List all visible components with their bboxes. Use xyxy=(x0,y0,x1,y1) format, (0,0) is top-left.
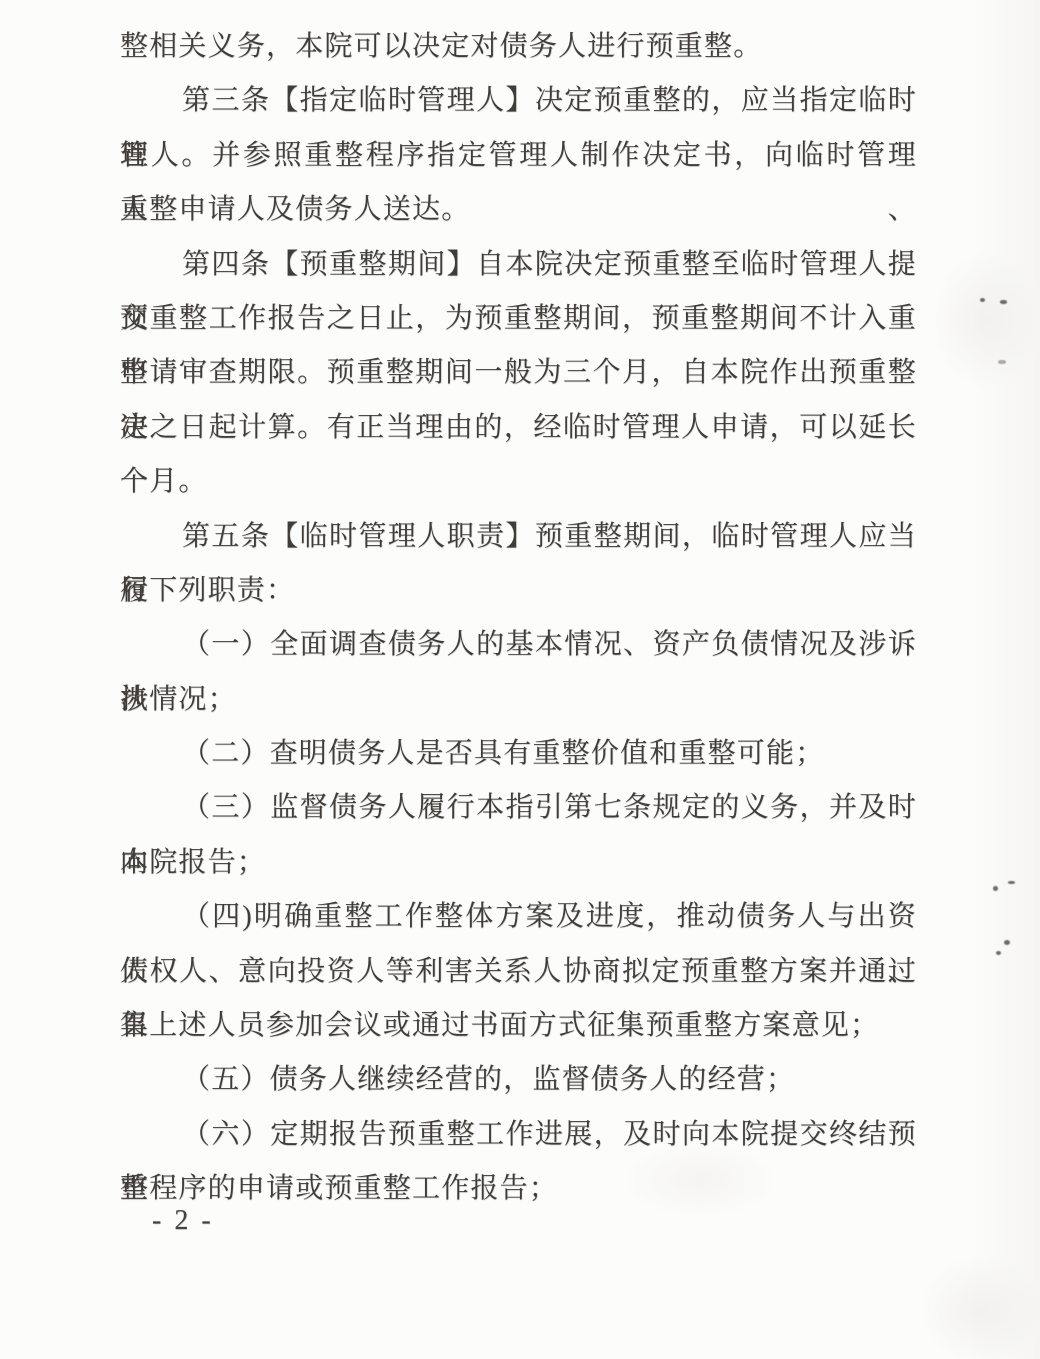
text-line: 本院报告； xyxy=(120,836,917,890)
ink-speck xyxy=(998,360,1006,364)
text-line: （五）债务人继续经营的，监督债务人的经营； xyxy=(120,1053,917,1107)
text-line: 理人。并参照重整程序指定管理人制作决定书，向临时管理人、 xyxy=(120,129,917,183)
ink-speck xyxy=(996,951,1001,955)
text-line: 预重整工作报告之日止，为预重整期间，预重整期间不计入重整 xyxy=(120,292,917,346)
page-number: - 2 - xyxy=(152,1207,214,1235)
text-line: （一）全面调查债务人的基本情况、资产负债情况及涉诉涉 xyxy=(120,618,917,672)
ink-speck xyxy=(1000,300,1007,304)
text-line: （三）监督债务人履行本指引第七条规定的义务，并及时向 xyxy=(120,781,917,835)
scan-blotch xyxy=(930,250,1040,390)
text-line: 第五条【临时管理人职责】预重整期间，临时管理人应当履 xyxy=(120,510,917,564)
text-line: 第四条【预重整期间】自本院决定预重整至临时管理人提交 xyxy=(120,238,917,292)
text-line: 行下列职责： xyxy=(120,564,917,618)
text-line: 个月。 xyxy=(120,455,917,509)
text-line: 债权人、意向投资人等利害关系人协商拟定预重整方案并通过召 xyxy=(120,945,917,999)
scan-edge-shadow xyxy=(970,0,1040,1359)
scan-blotch xyxy=(920,1255,1040,1359)
text-line: 第三条【指定临时管理人】决定预重整的，应当指定临时管 xyxy=(120,74,917,128)
text-line: 整程序的申请或预重整工作报告； xyxy=(120,1162,917,1216)
ink-speck xyxy=(1004,940,1010,945)
text-line: （二）查明债务人是否具有重整价值和重整可能； xyxy=(120,727,917,781)
text-line: 整相关义务，本院可以决定对债务人进行预重整。 xyxy=(120,20,917,74)
scanned-document-page: 整相关义务，本院可以决定对债务人进行预重整。第三条【指定临时管理人】决定预重整的… xyxy=(0,0,1040,1359)
ink-speck xyxy=(993,886,998,891)
text-line: 集上述人员参加会议或通过书面方式征集预重整方案意见； xyxy=(120,999,917,1053)
text-line: 定之日起计算。有正当理由的，经临时管理人申请，可以延长一 xyxy=(120,401,917,455)
ink-speck xyxy=(980,298,985,302)
text-line: （六）定期报告预重整工作进展，及时向本院提交终结预重 xyxy=(120,1108,917,1162)
text-line: 执情况； xyxy=(120,673,917,727)
text-line: 申请审查期限。预重整期间一般为三个月，自本院作出预重整决 xyxy=(120,346,917,400)
text-lines: 整相关义务，本院可以决定对债务人进行预重整。第三条【指定临时管理人】决定预重整的… xyxy=(120,20,917,1217)
text-line: （四)明确重整工作整体方案及进度，推动债务人与出资人、 xyxy=(120,890,917,944)
ink-speck xyxy=(1008,881,1015,884)
